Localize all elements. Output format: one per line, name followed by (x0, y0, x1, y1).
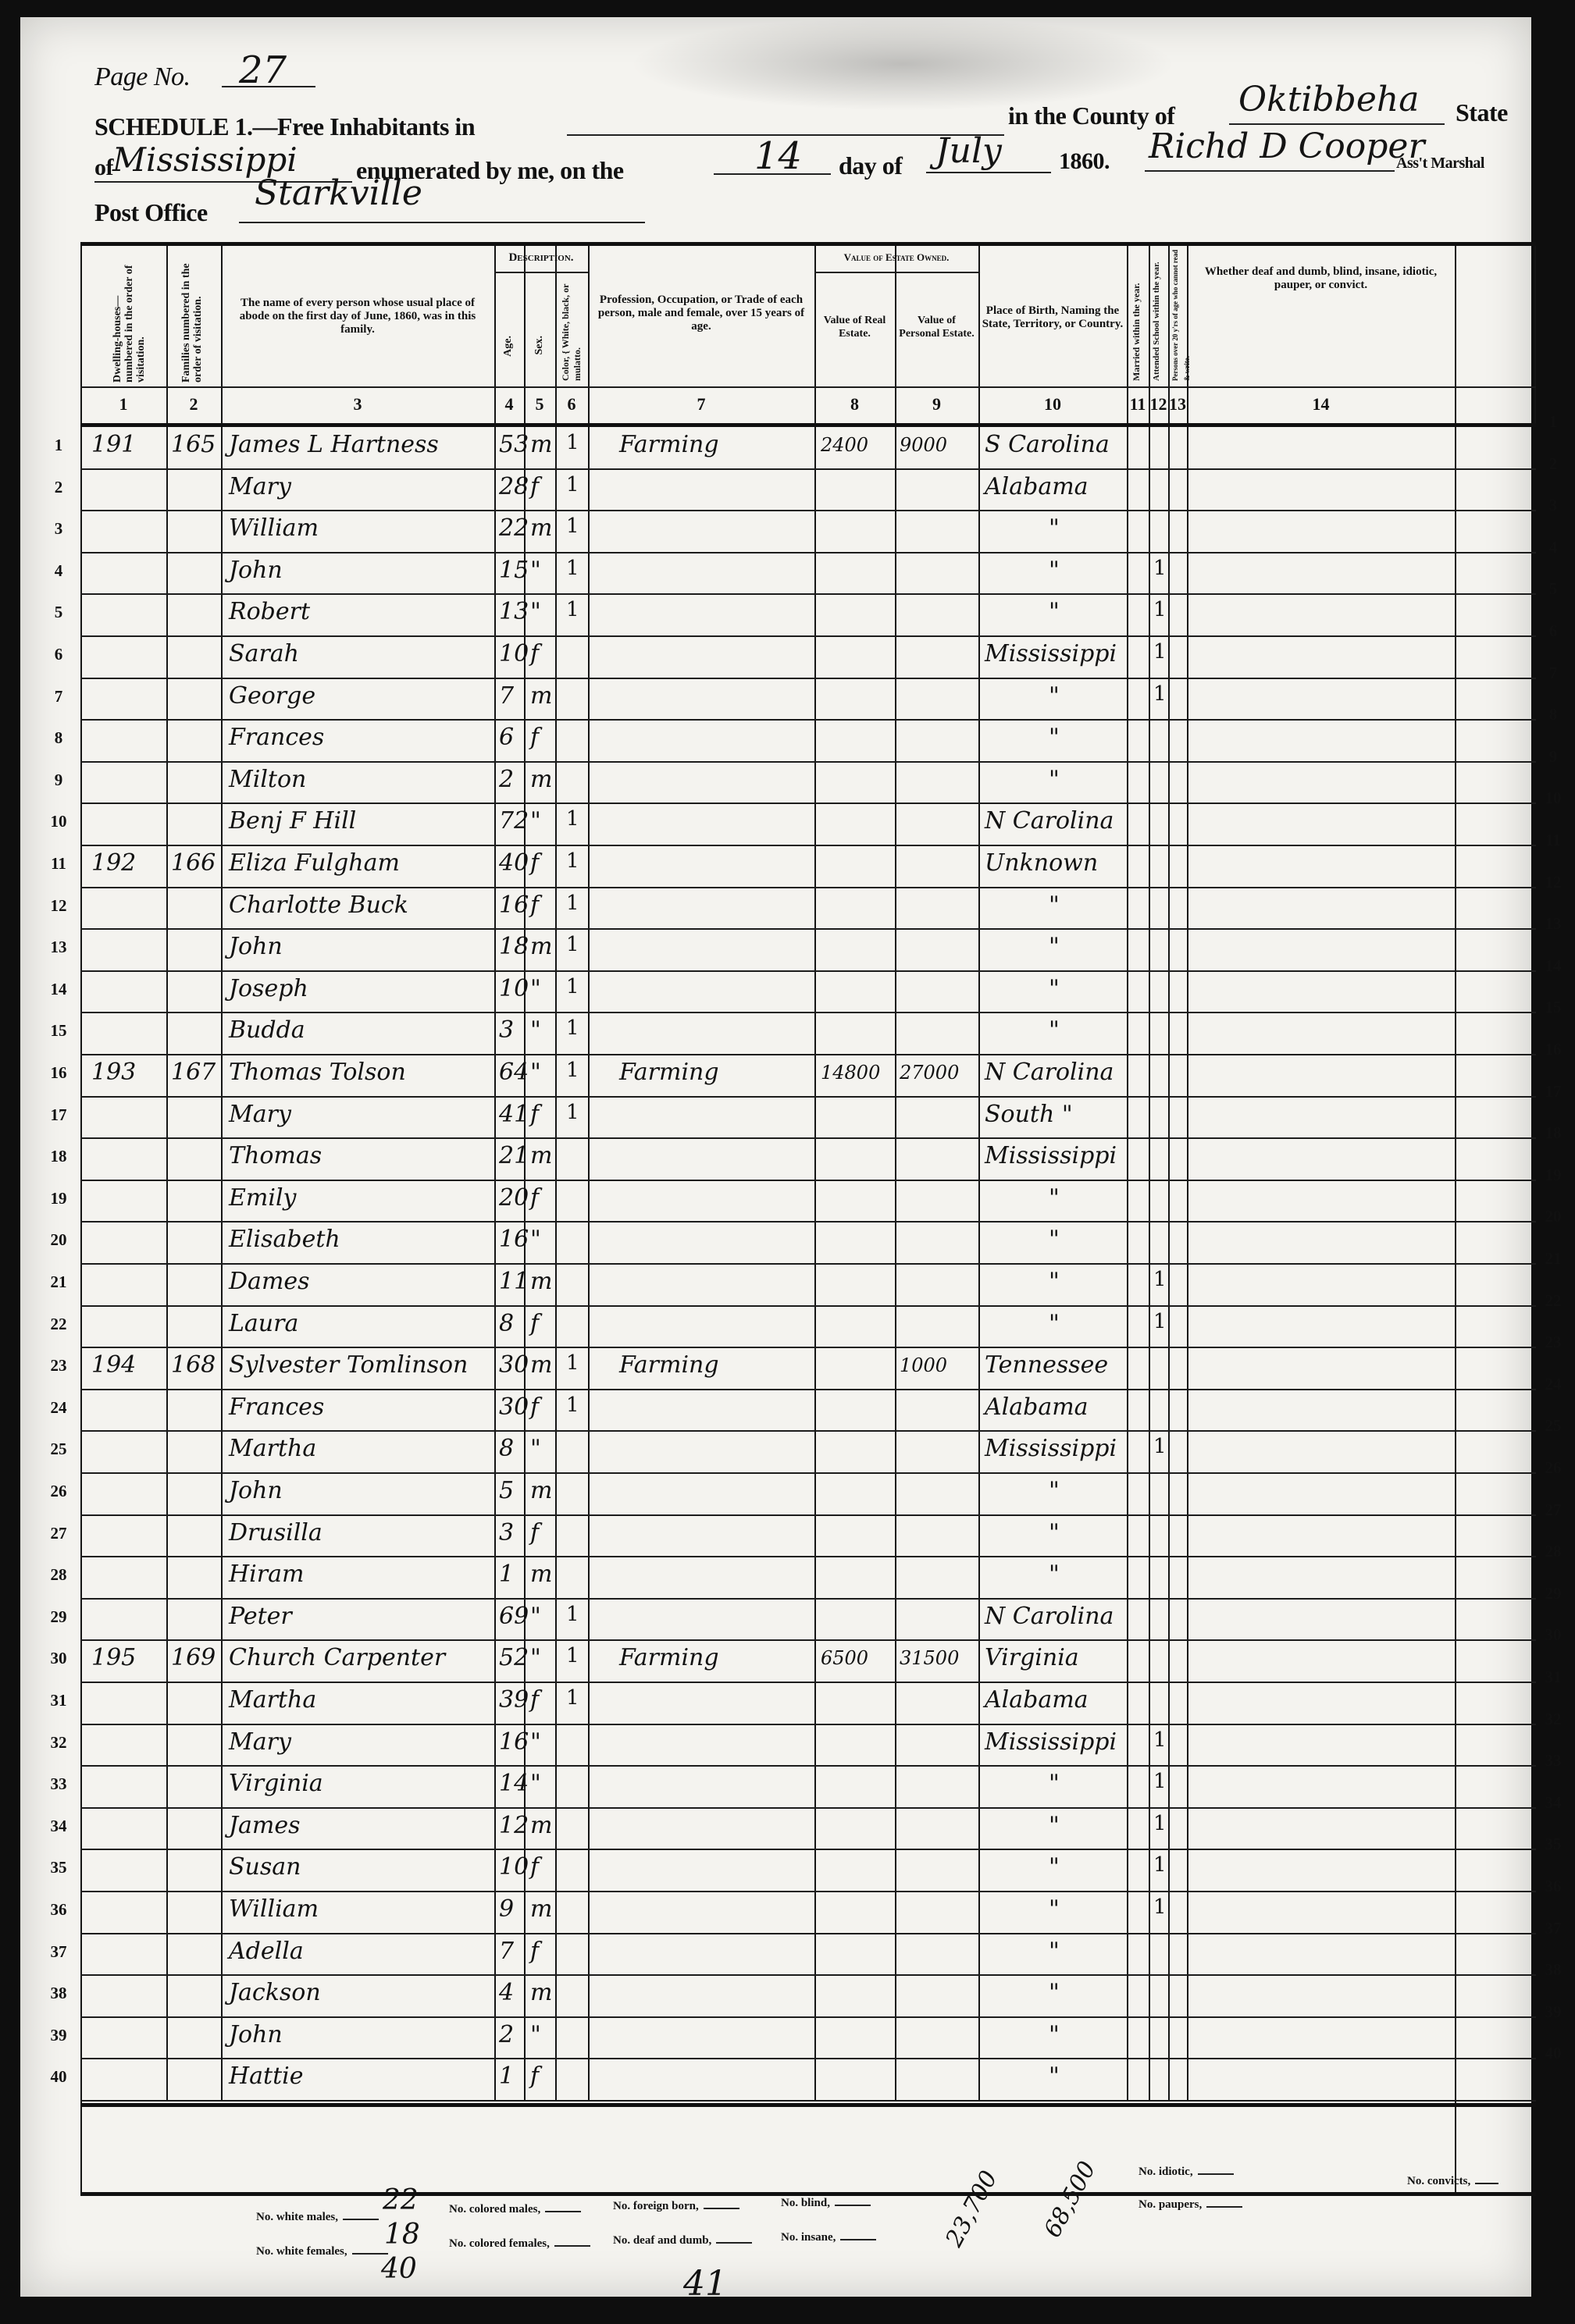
person-sex: f (530, 473, 539, 500)
birthplace: " (1049, 1561, 1060, 1588)
footer-bottom-rule (80, 2192, 1536, 2196)
attended-school-mark: 1 (1153, 1853, 1167, 1877)
person-sex: f (530, 849, 539, 877)
row-number-left: 12 (43, 896, 74, 916)
person-name: Virginia (229, 1770, 323, 1797)
family-number: 168 (171, 1351, 216, 1379)
row-number-left: 16 (43, 1063, 74, 1083)
dwelling-number: 194 (91, 1351, 136, 1379)
row-number-right: 30 (1538, 1625, 1569, 1645)
person-age: 21 (499, 1142, 529, 1169)
person-sex: f (530, 1853, 539, 1881)
person-color-mark: 1 (566, 557, 579, 580)
row-number-right: 37 (1538, 1919, 1569, 1938)
birthplace: " (1049, 1979, 1060, 2006)
row-rule (80, 635, 1536, 637)
post-office-line (239, 222, 645, 223)
attended-school-mark: 1 (1153, 640, 1167, 664)
row-rule (80, 1347, 1536, 1348)
year-label: 1860. (1059, 148, 1110, 175)
row-number-left: 3 (43, 519, 74, 539)
person-name: Milton (229, 766, 306, 793)
column-divider (1127, 242, 1128, 2100)
row-rule (80, 2058, 1536, 2059)
white-females-label: No. white females, (256, 2245, 388, 2258)
birthplace: South " (985, 1101, 1073, 1128)
dwelling-header: Dwelling-houses—numbered in the order of… (112, 258, 147, 383)
row-number-right: 2 (1538, 454, 1569, 474)
post-office-value: Starkville (255, 173, 422, 213)
birthplace: " (1049, 1310, 1060, 1337)
state-label: State (1456, 98, 1508, 127)
row-number-right: 1 (1538, 412, 1569, 432)
school-header: Attended School within the year. (1151, 248, 1163, 381)
row-rule (80, 1639, 1536, 1641)
attended-school-mark: 1 (1153, 682, 1167, 706)
column-number: 5 (524, 394, 555, 415)
person-sex: f (530, 1519, 539, 1546)
person-age: 13 (499, 598, 529, 625)
row-number-left: 30 (43, 1649, 74, 1668)
person-age: 30 (499, 1351, 529, 1379)
person-age: 69 (499, 1603, 529, 1630)
birthplace: " (1049, 2021, 1060, 2048)
row-number-right: 26 (1538, 1458, 1569, 1478)
attended-school-mark: 1 (1153, 1268, 1167, 1291)
person-name: Mary (229, 1728, 291, 1756)
person-color-mark: 1 (566, 1603, 579, 1626)
estate-subrule (814, 272, 978, 273)
row-rule (80, 1765, 1536, 1767)
row-number-left: 32 (43, 1733, 74, 1753)
person-name: Laura (229, 1310, 298, 1337)
row-rule (80, 1430, 1536, 1432)
row-number-right: 29 (1538, 1584, 1569, 1603)
attended-school-mark: 1 (1153, 598, 1167, 621)
person-name: Sylvester Tomlinson (229, 1351, 468, 1379)
person-age: 22 (499, 514, 529, 542)
column-number: 2 (166, 394, 221, 415)
person-sex: m (530, 1351, 552, 1379)
row-number-left: 35 (43, 1858, 74, 1877)
white-males-label: No. white males, (256, 2211, 379, 2224)
person-name: Eliza Fulgham (229, 849, 400, 877)
person-name: William (229, 514, 319, 542)
column-number: 14 (1187, 394, 1455, 415)
person-sex: f (530, 1310, 539, 1337)
birthplace: " (1049, 766, 1060, 793)
row-number-right: 18 (1538, 1123, 1569, 1143)
scan-smudge (629, 17, 1176, 111)
dwelling-number: 192 (91, 849, 136, 877)
row-number-right: 28 (1538, 1542, 1569, 1561)
row-rule (80, 1096, 1536, 1098)
person-name: Frances (229, 1393, 324, 1421)
family-header: Families numbered in the order of visita… (180, 258, 204, 383)
row-number-left: 40 (43, 2067, 74, 2087)
row-number-right: 9 (1538, 747, 1569, 767)
person-age: 3 (499, 1016, 514, 1044)
insane: No. insane, (781, 2231, 876, 2244)
person-age: 16 (499, 892, 529, 919)
column-number: 11 (1127, 394, 1149, 415)
attended-school-mark: 1 (1153, 1812, 1167, 1835)
row-rule (80, 1137, 1536, 1139)
row-number-left: 5 (43, 603, 74, 622)
family-number: 169 (171, 1644, 216, 1671)
colored-females: No. colored females, (449, 2237, 590, 2251)
person-name: Adella (229, 1938, 304, 1965)
row-number-right: 33 (1538, 1751, 1569, 1771)
real-estate-header: Value of Real Estate. (818, 314, 892, 340)
row-rule (80, 1933, 1536, 1934)
row-number-left: 11 (43, 854, 74, 874)
person-name: John (229, 1477, 283, 1504)
person-age: 16 (499, 1226, 529, 1253)
real-estate-value: 14800 (821, 1062, 880, 1084)
person-name: Sarah (229, 640, 299, 667)
person-age: 52 (499, 1644, 529, 1671)
birthplace: N Carolina (985, 1059, 1114, 1086)
family-number: 167 (171, 1059, 216, 1086)
page-number: 27 (239, 48, 287, 92)
row-number-left: 23 (43, 1356, 74, 1376)
birthplace: Tennessee (985, 1351, 1108, 1379)
birthplace: N Carolina (985, 1603, 1114, 1630)
family-number: 166 (171, 849, 216, 877)
person-name: Peter (229, 1603, 292, 1630)
row-rule (80, 593, 1536, 595)
person-sex: m (530, 1895, 552, 1923)
day-of-label: day of (839, 151, 902, 180)
person-color-mark: 1 (566, 1016, 579, 1040)
column-divider (494, 242, 496, 2100)
person-name: Elisabeth (229, 1226, 340, 1253)
name-header: The name of every person whose usual pla… (224, 297, 491, 336)
row-number-right: 7 (1538, 664, 1569, 683)
person-sex: " (530, 1770, 541, 1797)
person-sex: " (530, 975, 541, 1002)
column-divider (555, 242, 557, 2100)
person-occupation: Farming (619, 431, 719, 458)
birthplace: " (1049, 1812, 1060, 1839)
person-name: James (229, 1812, 301, 1839)
person-color-mark: 1 (566, 1686, 579, 1710)
row-number-left: 1 (43, 436, 74, 455)
birthplace: S Carolina (985, 431, 1110, 458)
bottom-page-mark: 41 (683, 2264, 727, 2304)
person-age: 12 (499, 1812, 529, 1839)
row-number-left: 39 (43, 2026, 74, 2045)
description-subrule (494, 272, 588, 273)
person-age: 20 (499, 1184, 529, 1212)
birthplace: " (1049, 1938, 1060, 1965)
person-name: Joseph (229, 975, 308, 1002)
county-value: Oktibbeha (1238, 80, 1419, 119)
person-age: 7 (499, 682, 514, 710)
total-persons-value: 40 (381, 2253, 417, 2285)
person-age: 6 (499, 724, 514, 751)
birthplace: " (1049, 1184, 1060, 1212)
person-color-mark: 1 (566, 849, 579, 873)
person-occupation: Farming (619, 1644, 719, 1671)
row-rule (80, 2100, 1536, 2102)
person-name: Jackson (229, 1979, 321, 2006)
person-name: Drusilla (229, 1519, 322, 1546)
person-name: Robert (229, 598, 310, 625)
birthplace: " (1049, 1519, 1060, 1546)
birthplace: Alabama (985, 1393, 1089, 1421)
blind: No. blind, (781, 2197, 871, 2210)
column-divider (895, 242, 896, 2100)
row-rule (80, 1221, 1536, 1223)
birthplace: Mississippi (985, 1435, 1117, 1462)
person-sex: f (530, 640, 539, 667)
person-sex: " (530, 1435, 541, 1462)
column-divider (814, 242, 816, 2100)
description-group-header: Description. (494, 251, 588, 265)
row-rule (80, 1514, 1536, 1516)
person-age: 8 (499, 1435, 514, 1462)
column-number: 10 (978, 394, 1127, 415)
row-number-right: 21 (1538, 1249, 1569, 1269)
column-divider (588, 242, 590, 2100)
row-rule (80, 1682, 1536, 1683)
age-header: Age. (502, 336, 514, 357)
row-number-right: 3 (1538, 496, 1569, 515)
column-divider (166, 242, 168, 2100)
marshal-signature: Richd D Cooper (1149, 126, 1424, 166)
row-number-left: 9 (43, 771, 74, 790)
column-number: 7 (588, 394, 814, 415)
idiotic: No. idiotic, (1138, 2166, 1234, 2179)
convicts: No. convicts, (1407, 2175, 1498, 2188)
body-bottom-rule (80, 2103, 1536, 2107)
row-number-right: 19 (1538, 1166, 1569, 1185)
personal-estate-value: 27000 (900, 1062, 959, 1084)
row-rule (80, 803, 1536, 804)
person-name: Mary (229, 473, 291, 500)
row-rule (80, 1305, 1536, 1307)
row-number-right: 25 (1538, 1416, 1569, 1436)
person-name: Mary (229, 1101, 291, 1128)
person-name: John (229, 933, 283, 960)
row-rule (80, 1807, 1536, 1809)
birthplace: " (1049, 1895, 1060, 1923)
person-sex: m (530, 766, 552, 793)
person-name: Thomas Tolson (229, 1059, 406, 1086)
person-sex: f (530, 2062, 539, 2090)
person-occupation: Farming (619, 1059, 719, 1086)
row-number-left: 15 (43, 1021, 74, 1041)
row-rule (80, 719, 1536, 721)
row-rule (80, 1263, 1536, 1265)
row-number-right: 39 (1538, 2002, 1569, 2022)
row-rule (80, 1974, 1536, 1976)
birthplace: " (1049, 557, 1060, 584)
of-label: of (94, 155, 113, 181)
person-name: Budda (229, 1016, 305, 1044)
dwelling-number: 195 (91, 1644, 136, 1671)
personal-estate-value: 31500 (900, 1647, 959, 1669)
person-age: 3 (499, 1519, 514, 1546)
person-color-mark: 1 (566, 1351, 579, 1375)
person-sex: f (530, 724, 539, 751)
row-number-right: 40 (1538, 2044, 1569, 2063)
person-sex: " (530, 2021, 541, 2048)
occupation-header: Profession, Occupation, or Trade of each… (591, 294, 811, 333)
row-number-left: 25 (43, 1440, 74, 1459)
attended-school-mark: 1 (1153, 1310, 1167, 1333)
row-number-right: 6 (1538, 621, 1569, 641)
person-sex: m (530, 933, 552, 960)
person-age: 14 (499, 1770, 529, 1797)
personal-estate-value: 9000 (900, 434, 947, 456)
row-number-left: 34 (43, 1817, 74, 1836)
person-color-mark: 1 (566, 1101, 579, 1124)
person-sex: " (530, 1644, 541, 1671)
birthplace: Unknown (985, 849, 1098, 877)
row-rule (80, 761, 1536, 763)
row-number-right: 35 (1538, 1835, 1569, 1854)
person-sex: " (530, 598, 541, 625)
person-age: 2 (499, 2021, 514, 2048)
row-rule (80, 1389, 1536, 1390)
person-age: 41 (499, 1101, 529, 1128)
column-divider (1534, 242, 1536, 423)
birthplace: Mississippi (985, 640, 1117, 667)
person-age: 15 (499, 557, 529, 584)
row-number-right: 17 (1538, 1082, 1569, 1101)
row-number-left: 6 (43, 645, 74, 664)
person-color-mark: 1 (566, 1644, 579, 1667)
row-number-left: 28 (43, 1565, 74, 1585)
birthplace: N Carolina (985, 807, 1114, 835)
row-number-right: 23 (1538, 1333, 1569, 1352)
sex-header: Sex. (533, 336, 545, 355)
person-color-mark: 1 (566, 1393, 579, 1417)
row-number-right: 34 (1538, 1793, 1569, 1813)
row-rule (80, 1724, 1536, 1725)
row-number-right: 24 (1538, 1375, 1569, 1394)
real-estate-value: 2400 (821, 434, 868, 456)
county-line (1229, 123, 1445, 125)
person-age: 10 (499, 975, 529, 1002)
dwelling-number: 193 (91, 1059, 136, 1086)
table-top-rule (80, 242, 1536, 246)
person-age: 11 (499, 1268, 529, 1295)
row-rule (80, 510, 1536, 511)
deaf-dumb: No. deaf and dumb, (613, 2234, 752, 2247)
birthplace: " (1049, 1853, 1060, 1881)
person-sex: m (530, 431, 552, 458)
birthplace: " (1049, 724, 1060, 751)
person-age: 2 (499, 766, 514, 793)
row-number-left: 14 (43, 980, 74, 999)
person-color-mark: 1 (566, 598, 579, 621)
person-sex: m (530, 1142, 552, 1169)
column-number: 4 (494, 394, 524, 415)
person-sex: " (530, 557, 541, 584)
birthplace: " (1049, 1477, 1060, 1504)
person-age: 64 (499, 1059, 529, 1086)
attended-school-mark: 1 (1153, 1895, 1167, 1919)
row-number-left: 21 (43, 1272, 74, 1292)
person-color-mark: 1 (566, 514, 579, 538)
dwelling-number: 191 (91, 431, 136, 458)
row-number-right: 32 (1538, 1710, 1569, 1729)
person-name: John (229, 557, 283, 584)
estate-group-header: Value of Estate Owned. (814, 251, 978, 264)
row-rule (80, 928, 1536, 930)
column-divider (1187, 242, 1188, 2100)
row-number-left: 22 (43, 1315, 74, 1334)
person-age: 30 (499, 1393, 529, 1421)
attended-school-mark: 1 (1153, 1728, 1167, 1752)
paupers: No. paupers, (1138, 2198, 1242, 2212)
row-rule (80, 1472, 1536, 1474)
row-number-left: 4 (43, 561, 74, 581)
row-number-left: 17 (43, 1105, 74, 1125)
person-age: 10 (499, 1853, 529, 1881)
person-sex: m (530, 514, 552, 542)
row-rule (80, 887, 1536, 888)
row-number-left: 20 (43, 1230, 74, 1250)
person-sex: " (530, 1016, 541, 1044)
person-name: Hattie (229, 2062, 304, 2090)
real-estate-value: 6500 (821, 1647, 868, 1669)
column-divider (1149, 242, 1150, 2100)
person-occupation: Farming (619, 1351, 719, 1379)
person-sex: " (530, 1226, 541, 1253)
row-number-left: 26 (43, 1482, 74, 1501)
person-name: Benj F Hill (229, 807, 356, 835)
row-number-right: 36 (1538, 1877, 1569, 1896)
disability-header: Whether deaf and dumb, blind, insane, id… (1190, 265, 1452, 292)
row-rule (80, 1012, 1536, 1013)
row-rule (80, 1598, 1536, 1600)
row-number-left: 10 (43, 812, 74, 831)
person-age: 5 (499, 1477, 514, 1504)
person-age: 9 (499, 1895, 514, 1923)
row-number-right: 16 (1538, 1040, 1569, 1059)
row-rule (80, 1891, 1536, 1892)
row-number-right: 13 (1538, 914, 1569, 934)
row-number-left: 37 (43, 1942, 74, 1962)
person-age: 28 (499, 473, 529, 500)
column-number: 13 (1168, 394, 1187, 415)
row-number-right: 8 (1538, 705, 1569, 724)
row-rule (80, 678, 1536, 679)
marshal-line (1145, 170, 1395, 172)
row-number-right: 31 (1538, 1667, 1569, 1687)
row-number-left: 24 (43, 1398, 74, 1418)
person-color-mark: 1 (566, 473, 579, 496)
row-number-right: 11 (1538, 831, 1569, 850)
column-divider (221, 242, 223, 2100)
person-sex: m (530, 1477, 552, 1504)
row-rule (80, 1054, 1536, 1055)
person-age: 10 (499, 640, 529, 667)
birthplace: " (1049, 892, 1060, 919)
month-value: July (935, 131, 1002, 171)
row-rule (80, 468, 1536, 470)
person-sex: f (530, 892, 539, 919)
person-age: 16 (499, 1728, 529, 1756)
row-number-right: 14 (1538, 956, 1569, 976)
person-name: Thomas (229, 1142, 322, 1169)
person-color-mark: 1 (566, 892, 579, 915)
